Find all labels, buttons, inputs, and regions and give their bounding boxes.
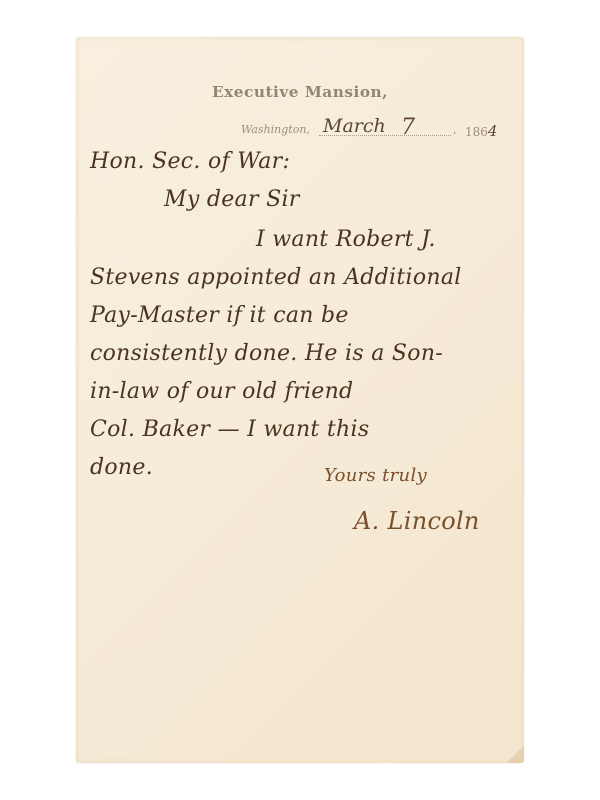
body-line-7: done. [90,455,153,480]
signature: A. Lincoln [354,507,480,535]
dateline-day: 7 [401,115,415,140]
letter-paper: Executive Mansion, Washington, March 7 ,… [76,37,524,763]
body-line-4: consistently done. He is a Son- [90,341,443,366]
dateline: Washington, March 7 , 1864 [241,117,511,139]
body-line-3: Pay-Master if it can be [90,303,349,328]
dateline-year-handwritten: 4 [488,122,498,140]
dateline-comma: , [453,123,457,136]
dateline-year: 1864 [465,122,497,140]
salutation-recipient: Hon. Sec. of War: [90,149,290,174]
body-line-5: in-law of our old friend [90,379,353,404]
body-line-1: I want Robert J. [256,227,436,252]
salutation: My dear Sir [164,187,300,212]
dateline-place: Washington, [241,123,310,136]
closing: Yours truly [324,465,427,486]
dateline-month: March [323,115,386,137]
body-line-6: Col. Baker — I want this [90,417,369,442]
letterhead: Executive Mansion, [72,83,529,101]
body-line-2: Stevens appointed an Additional [90,265,462,290]
dateline-year-printed: 186 [465,125,488,139]
